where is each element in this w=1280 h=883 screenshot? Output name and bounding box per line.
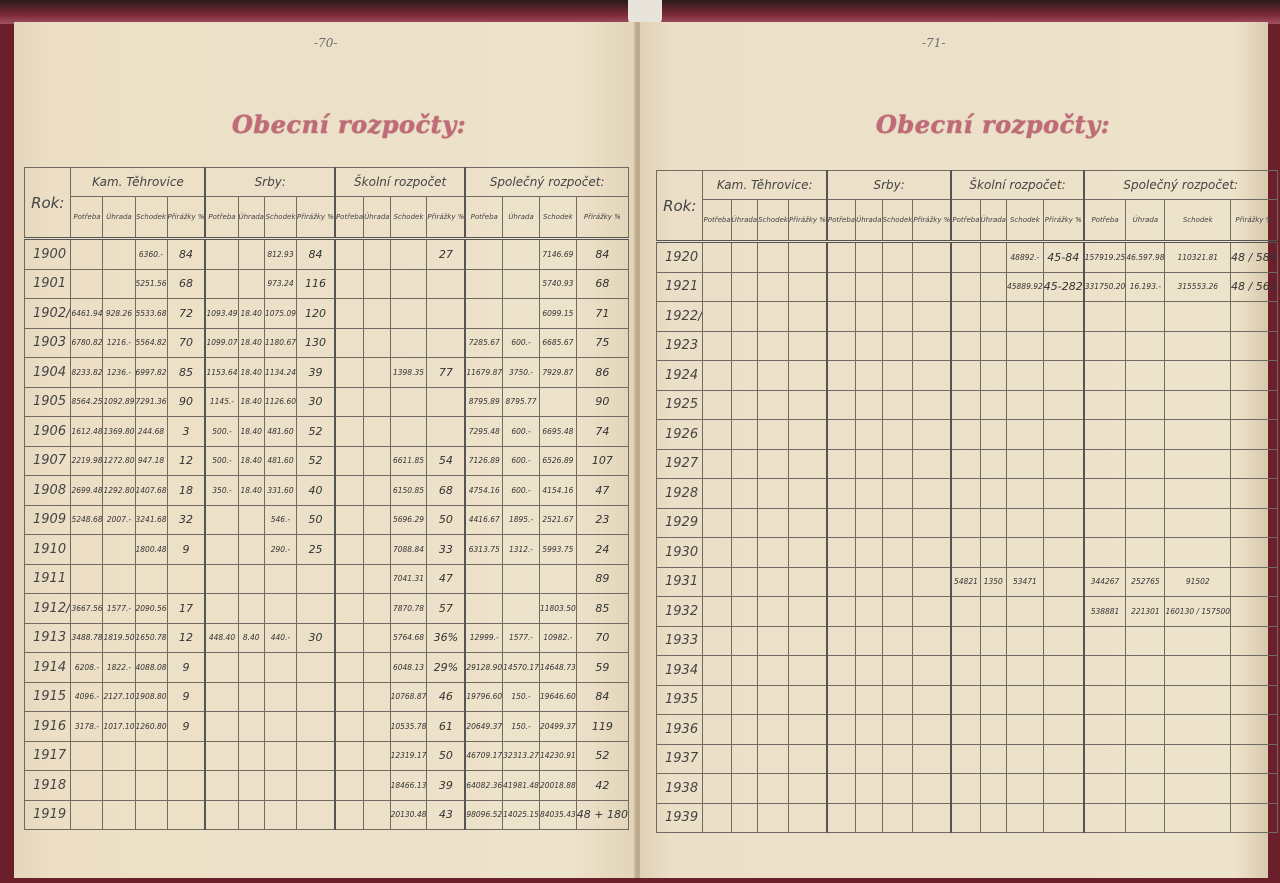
- srby-cell: [856, 597, 882, 627]
- srby-cell: [205, 682, 238, 712]
- spol-cell: [1084, 715, 1126, 745]
- spol-cell: 344267: [1084, 567, 1126, 597]
- skol-cell: [951, 508, 980, 538]
- skol-cell: 29%: [427, 653, 465, 683]
- srby-cell: [882, 597, 913, 627]
- kam-cell: 2127.10: [103, 682, 135, 712]
- srby-cell: [856, 479, 882, 509]
- srby-cell: [913, 390, 951, 420]
- spol-cell: 8795.77: [503, 387, 540, 417]
- spol-cell: [1084, 508, 1126, 538]
- kam-cell: 9: [167, 653, 205, 683]
- spol-cell: 29128.90: [465, 653, 502, 683]
- skol-cell: [1006, 685, 1043, 715]
- skol-cell: [1043, 685, 1083, 715]
- spol-cell: 19796.60: [465, 682, 502, 712]
- year-cell: 1900: [25, 239, 71, 270]
- skol-cell: [335, 328, 364, 358]
- spol-cell: [1084, 390, 1126, 420]
- table-row: 1938: [657, 774, 1278, 804]
- year-cell: 1922/: [657, 302, 703, 332]
- kam-cell: 2007.-: [103, 505, 135, 535]
- spol-cell: 7146.69: [539, 239, 576, 270]
- kam-cell: 7291.36: [135, 387, 167, 417]
- kam-cell: [758, 479, 789, 509]
- skol-cell: [1043, 538, 1083, 568]
- srby-cell: [827, 803, 856, 833]
- spol-cell: 8795.89: [465, 387, 502, 417]
- kam-cell: [703, 538, 731, 568]
- srby-cell: [238, 771, 264, 801]
- column-header: Schodek: [390, 197, 427, 239]
- srby-cell: [913, 479, 951, 509]
- spol-cell: [1084, 626, 1126, 656]
- srby-cell: 1075.09: [264, 299, 296, 329]
- spol-cell: 71: [576, 299, 628, 329]
- year-cell: 1939: [657, 803, 703, 833]
- column-header: Přirážky %: [427, 197, 465, 239]
- spol-cell: [1084, 656, 1126, 686]
- kam-cell: 1612.48: [71, 417, 103, 447]
- skol-cell: 6150.85: [390, 476, 427, 506]
- srby-cell: [913, 774, 951, 804]
- spol-cell: 107: [576, 446, 628, 476]
- srby-cell: 440.-: [264, 623, 296, 653]
- skol-cell: [1006, 803, 1043, 833]
- kam-cell: 4088.08: [135, 653, 167, 683]
- srby-cell: 1180.67: [264, 328, 296, 358]
- kam-cell: 85: [167, 358, 205, 388]
- kam-cell: 6208.-: [71, 653, 103, 683]
- skol-cell: [951, 272, 980, 302]
- row-header: Rok:: [25, 168, 71, 239]
- srby-cell: [827, 597, 856, 627]
- srby-cell: 30: [296, 623, 334, 653]
- skol-cell: [980, 479, 1006, 509]
- year-cell: 1933: [657, 626, 703, 656]
- skol-cell: [1006, 331, 1043, 361]
- skol-cell: [427, 269, 465, 299]
- spol-cell: [465, 239, 502, 270]
- table-row: 1935: [657, 685, 1278, 715]
- skol-cell: [980, 597, 1006, 627]
- skol-cell: [390, 387, 427, 417]
- skol-cell: [980, 449, 1006, 479]
- kam-cell: 1260.80: [135, 712, 167, 742]
- table-row: 191920130.484398096.5214025.1584035.4348…: [25, 800, 629, 830]
- kam-cell: [703, 567, 731, 597]
- kam-cell: [758, 242, 789, 273]
- column-header: Přirážky %: [788, 200, 826, 242]
- srby-cell: [913, 242, 951, 273]
- srby-cell: [856, 803, 882, 833]
- srby-cell: [296, 800, 334, 830]
- column-header: Schodek: [135, 197, 167, 239]
- skol-cell: [951, 626, 980, 656]
- srby-cell: [264, 653, 296, 683]
- skol-cell: [1006, 508, 1043, 538]
- srby-cell: [882, 302, 913, 332]
- skol-cell: 45-282: [1043, 272, 1083, 302]
- skol-cell: [390, 239, 427, 270]
- year-cell: 1938: [657, 774, 703, 804]
- kam-cell: [731, 361, 757, 391]
- skol-cell: [364, 476, 390, 506]
- srby-cell: [913, 302, 951, 332]
- kam-cell: [703, 803, 731, 833]
- srby-cell: [913, 685, 951, 715]
- skol-cell: 7041.31: [390, 564, 427, 594]
- srby-cell: 500.-: [205, 417, 238, 447]
- kam-cell: [703, 272, 731, 302]
- kam-cell: 5564.82: [135, 328, 167, 358]
- srby-cell: [264, 594, 296, 624]
- spol-cell: [1165, 538, 1231, 568]
- srby-cell: [856, 656, 882, 686]
- year-cell: 1928: [657, 479, 703, 509]
- skol-cell: [364, 800, 390, 830]
- spol-cell: 68: [576, 269, 628, 299]
- year-cell: 1926: [657, 420, 703, 450]
- kam-cell: [703, 302, 731, 332]
- skol-cell: [1043, 803, 1083, 833]
- skol-cell: [335, 594, 364, 624]
- year-cell: 1936: [657, 715, 703, 745]
- table-row: 1925: [657, 390, 1278, 420]
- kam-cell: [731, 508, 757, 538]
- kam-cell: [103, 269, 135, 299]
- skol-cell: [364, 771, 390, 801]
- srby-cell: 18.40: [238, 299, 264, 329]
- kam-cell: 9: [167, 712, 205, 742]
- spol-cell: 20649.37: [465, 712, 502, 742]
- skol-cell: [980, 242, 1006, 273]
- table-row: 192048892.-45-84157919.2546.597.98110321…: [657, 242, 1278, 273]
- srby-cell: [296, 712, 334, 742]
- skol-cell: 47: [427, 564, 465, 594]
- srby-cell: [913, 656, 951, 686]
- group-header-skol: Školní rozpočet:: [951, 171, 1083, 200]
- srby-cell: [856, 331, 882, 361]
- skol-cell: [335, 358, 364, 388]
- skol-cell: [335, 239, 364, 270]
- table-row: 192145889.9245-282331750.2016.193.-31555…: [657, 272, 1278, 302]
- srby-cell: [882, 272, 913, 302]
- spol-cell: 91502: [1165, 567, 1231, 597]
- kam-cell: [758, 715, 789, 745]
- column-header: Úhrada: [980, 200, 1006, 242]
- kam-cell: [135, 741, 167, 771]
- srby-cell: [827, 774, 856, 804]
- table-row: 1929: [657, 508, 1278, 538]
- skol-cell: [1006, 449, 1043, 479]
- column-header: Úhrada: [364, 197, 390, 239]
- spol-cell: [1084, 420, 1126, 450]
- skol-cell: [390, 269, 427, 299]
- skol-cell: [951, 302, 980, 332]
- srby-cell: [827, 331, 856, 361]
- kam-cell: [788, 449, 826, 479]
- srby-cell: [827, 685, 856, 715]
- kam-cell: 5251.56: [135, 269, 167, 299]
- skol-cell: [980, 538, 1006, 568]
- skol-cell: [951, 774, 980, 804]
- kam-cell: 8233.82: [71, 358, 103, 388]
- kam-cell: 1800.48: [135, 535, 167, 565]
- year-cell: 1904: [25, 358, 71, 388]
- spol-cell: [1231, 302, 1278, 332]
- table-row: 1928: [657, 479, 1278, 509]
- year-cell: 1917: [25, 741, 71, 771]
- kam-cell: 244.68: [135, 417, 167, 447]
- year-cell: 1937: [657, 744, 703, 774]
- srby-cell: [882, 242, 913, 273]
- skol-cell: [951, 656, 980, 686]
- skol-cell: [1043, 567, 1083, 597]
- spol-cell: [1084, 331, 1126, 361]
- srby-cell: 18.40: [238, 446, 264, 476]
- spol-cell: 6313.75: [465, 535, 502, 565]
- srby-cell: [827, 272, 856, 302]
- skol-cell: [364, 417, 390, 447]
- kam-cell: [135, 800, 167, 830]
- kam-cell: [71, 535, 103, 565]
- table-row: 191712319.175046709.1732313.2714230.9152: [25, 741, 629, 771]
- skol-cell: 45889.92: [1006, 272, 1043, 302]
- table-row: 191818466.133964082.3641981.4820018.8842: [25, 771, 629, 801]
- skol-cell: [335, 712, 364, 742]
- spol-cell: [1165, 803, 1231, 833]
- srby-cell: [913, 803, 951, 833]
- skol-cell: [364, 712, 390, 742]
- kam-cell: 3178.-: [71, 712, 103, 742]
- srby-cell: [882, 715, 913, 745]
- skol-cell: [980, 685, 1006, 715]
- srby-cell: [238, 505, 264, 535]
- skol-cell: [980, 744, 1006, 774]
- kam-cell: [703, 774, 731, 804]
- spol-cell: 46709.17: [465, 741, 502, 771]
- kam-cell: [758, 331, 789, 361]
- srby-cell: [264, 682, 296, 712]
- srby-cell: [913, 597, 951, 627]
- year-cell: 1913: [25, 623, 71, 653]
- skol-cell: [951, 420, 980, 450]
- kam-cell: [731, 242, 757, 273]
- skol-cell: [1043, 420, 1083, 450]
- spol-cell: [1231, 449, 1278, 479]
- spol-cell: [1165, 774, 1231, 804]
- kam-cell: [103, 564, 135, 594]
- srby-cell: 331.60: [264, 476, 296, 506]
- column-header: Potřeba: [703, 200, 731, 242]
- spol-cell: [1084, 538, 1126, 568]
- kam-cell: [731, 656, 757, 686]
- spol-cell: 7295.48: [465, 417, 502, 447]
- spol-cell: [1231, 479, 1278, 509]
- spol-cell: [1165, 626, 1231, 656]
- srby-cell: 52: [296, 446, 334, 476]
- skol-cell: [364, 328, 390, 358]
- skol-cell: 7870.78: [390, 594, 427, 624]
- srby-cell: [856, 420, 882, 450]
- kam-cell: 70: [167, 328, 205, 358]
- year-cell: 1916: [25, 712, 71, 742]
- srby-cell: 546.-: [264, 505, 296, 535]
- kam-cell: [703, 597, 731, 627]
- srby-cell: [827, 449, 856, 479]
- table-row: 19154096.-2127.101908.80910768.874619796…: [25, 682, 629, 712]
- skol-cell: [1043, 302, 1083, 332]
- kam-cell: 1017.10: [103, 712, 135, 742]
- srby-cell: [238, 564, 264, 594]
- spol-cell: 5740.93: [539, 269, 576, 299]
- spol-cell: [1126, 744, 1165, 774]
- srby-cell: 130: [296, 328, 334, 358]
- srby-cell: [856, 242, 882, 273]
- spol-cell: 14025.15: [503, 800, 540, 830]
- srby-cell: [238, 712, 264, 742]
- kam-cell: 1236.-: [103, 358, 135, 388]
- kam-cell: 947.18: [135, 446, 167, 476]
- year-cell: 1927: [657, 449, 703, 479]
- kam-cell: [788, 420, 826, 450]
- srby-cell: 116: [296, 269, 334, 299]
- spol-cell: [1231, 420, 1278, 450]
- skol-cell: [980, 420, 1006, 450]
- skol-cell: 7088.84: [390, 535, 427, 565]
- spol-cell: [1126, 774, 1165, 804]
- skol-cell: [951, 449, 980, 479]
- srby-cell: 500.-: [205, 446, 238, 476]
- srby-cell: [913, 331, 951, 361]
- table-row: 1939: [657, 803, 1278, 833]
- kam-cell: [71, 269, 103, 299]
- spol-cell: 20018.88: [539, 771, 576, 801]
- kam-cell: [731, 272, 757, 302]
- skol-cell: [1043, 597, 1083, 627]
- kam-cell: [758, 626, 789, 656]
- spol-cell: 20499.37: [539, 712, 576, 742]
- srby-cell: [882, 538, 913, 568]
- spol-cell: 32313.27: [503, 741, 540, 771]
- srby-cell: [827, 361, 856, 391]
- kam-cell: [703, 626, 731, 656]
- spol-cell: [1231, 361, 1278, 391]
- table-row: 19146208.-1822.-4088.0896048.1329%29128.…: [25, 653, 629, 683]
- spol-cell: 23: [576, 505, 628, 535]
- skol-cell: [951, 597, 980, 627]
- srby-cell: [205, 505, 238, 535]
- srby-cell: [205, 653, 238, 683]
- kam-cell: [703, 508, 731, 538]
- kam-cell: 3241.68: [135, 505, 167, 535]
- srby-cell: 39: [296, 358, 334, 388]
- spol-cell: [1126, 331, 1165, 361]
- srby-cell: [856, 626, 882, 656]
- year-cell: 1915: [25, 682, 71, 712]
- spol-cell: 4154.16: [539, 476, 576, 506]
- kam-cell: [103, 239, 135, 270]
- skol-cell: 57: [427, 594, 465, 624]
- kam-cell: [731, 597, 757, 627]
- group-header-spol: Společný rozpočet:: [1084, 171, 1278, 200]
- spol-cell: [1165, 420, 1231, 450]
- skol-cell: [335, 299, 364, 329]
- kam-cell: 2699.48: [71, 476, 103, 506]
- year-cell: 1902/: [25, 299, 71, 329]
- skol-cell: 50: [427, 505, 465, 535]
- spol-cell: 48 + 180: [576, 800, 628, 830]
- skol-cell: 50: [427, 741, 465, 771]
- srby-cell: 50: [296, 505, 334, 535]
- kam-cell: [788, 685, 826, 715]
- skol-cell: [364, 564, 390, 594]
- srby-cell: [296, 653, 334, 683]
- page-number: -70-: [314, 36, 337, 50]
- year-cell: 1924: [657, 361, 703, 391]
- spol-cell: 4754.16: [465, 476, 502, 506]
- table-row: 19163178.-1017.101260.80910535.786120649…: [25, 712, 629, 742]
- kam-cell: [788, 626, 826, 656]
- table-row: 1922/: [657, 302, 1278, 332]
- kam-cell: [71, 771, 103, 801]
- spol-cell: [465, 594, 502, 624]
- skol-cell: [980, 508, 1006, 538]
- skol-cell: [364, 358, 390, 388]
- page-title: Obecní rozpočty:: [232, 110, 466, 139]
- table-row: 1924: [657, 361, 1278, 391]
- spol-cell: [1126, 420, 1165, 450]
- column-header: Přirážky %: [576, 197, 628, 239]
- spol-cell: [1126, 479, 1165, 509]
- srby-cell: [913, 567, 951, 597]
- spol-cell: 1577.-: [503, 623, 540, 653]
- skol-cell: [1006, 656, 1043, 686]
- skol-cell: [364, 505, 390, 535]
- spol-cell: 150.-: [503, 682, 540, 712]
- spol-cell: 150.-: [503, 712, 540, 742]
- srby-cell: [264, 564, 296, 594]
- kam-cell: 18: [167, 476, 205, 506]
- group-header-srby: Srby:: [205, 168, 334, 197]
- srby-cell: [856, 390, 882, 420]
- skol-cell: 39: [427, 771, 465, 801]
- year-cell: 1921: [657, 272, 703, 302]
- spol-cell: [1165, 508, 1231, 538]
- spol-cell: 47: [576, 476, 628, 506]
- spol-cell: [1165, 302, 1231, 332]
- skol-cell: 36%: [427, 623, 465, 653]
- srby-cell: [856, 538, 882, 568]
- column-header: Potřeba: [205, 197, 238, 239]
- year-cell: 1934: [657, 656, 703, 686]
- table-row: 1902/6461.94928.265533.68721093.4918.401…: [25, 299, 629, 329]
- skol-cell: [335, 269, 364, 299]
- skol-cell: 5764.68: [390, 623, 427, 653]
- srby-cell: [882, 803, 913, 833]
- srby-cell: [913, 420, 951, 450]
- year-cell: 1918: [25, 771, 71, 801]
- srby-cell: 30: [296, 387, 334, 417]
- kam-cell: 1908.80: [135, 682, 167, 712]
- table-row: 1912/3667.561577.-2090.56177870.78571180…: [25, 594, 629, 624]
- kam-cell: 1272.80: [103, 446, 135, 476]
- kam-cell: [788, 242, 826, 273]
- srby-cell: [913, 744, 951, 774]
- skol-cell: [364, 594, 390, 624]
- skol-cell: [1006, 361, 1043, 391]
